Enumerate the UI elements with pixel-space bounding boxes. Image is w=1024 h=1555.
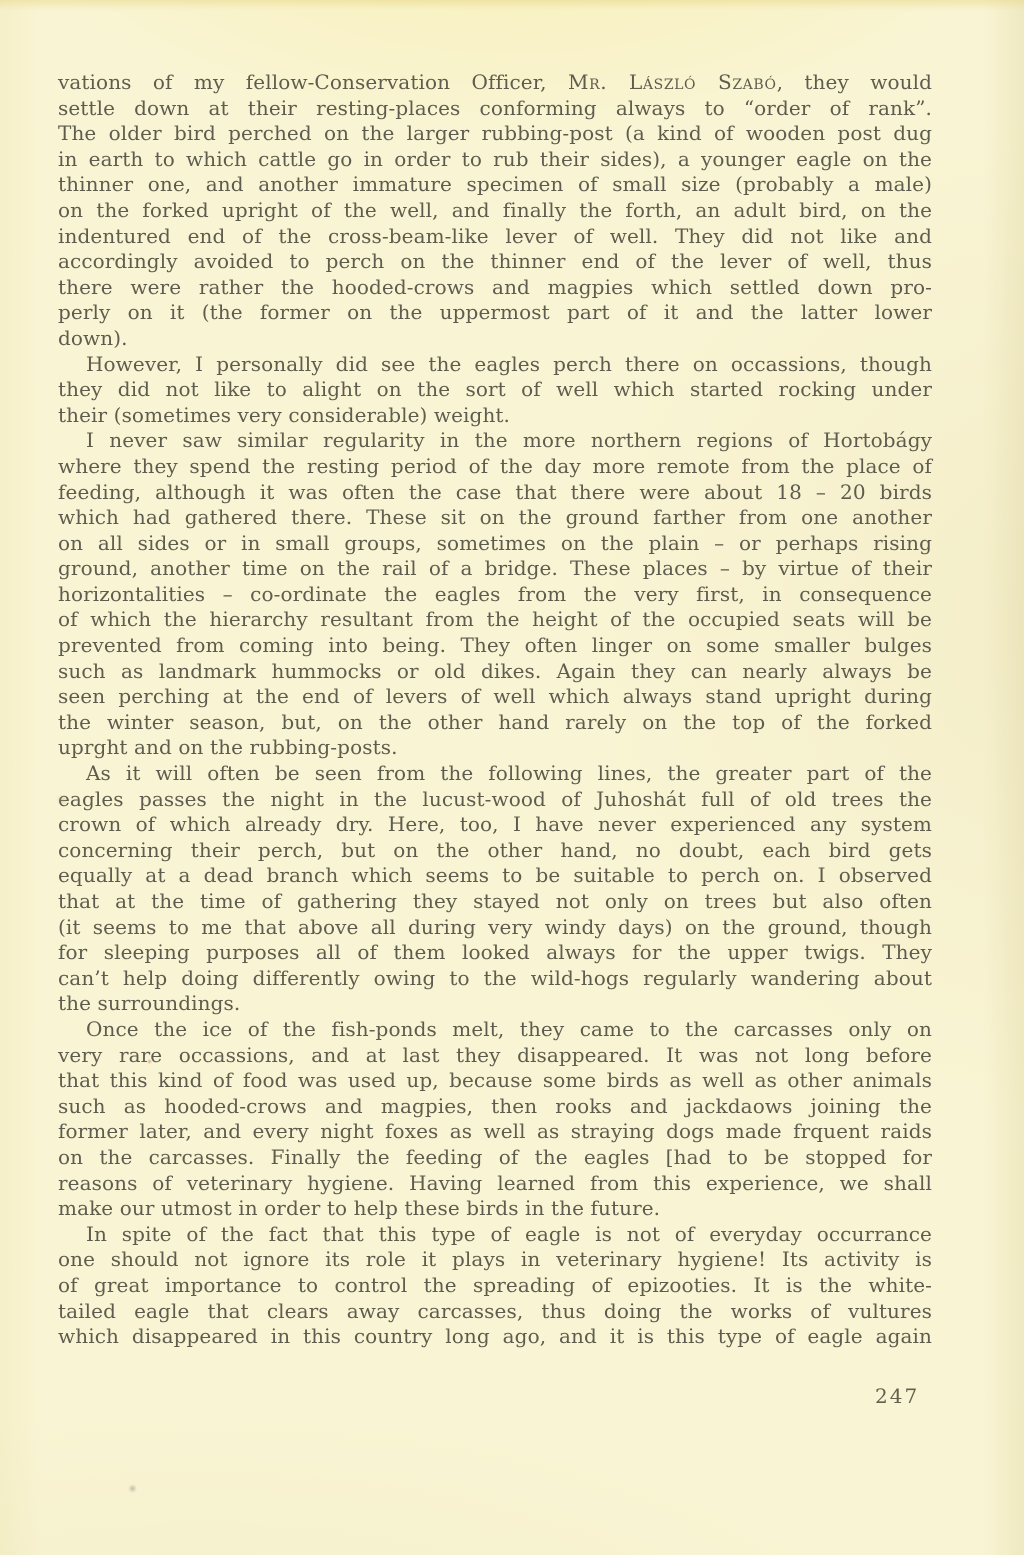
text-line: down). xyxy=(58,326,932,352)
text-segment: vations of my fellow-Conservation Office… xyxy=(58,70,568,94)
text-line: such as landmark hummocks or old dikes. … xyxy=(58,659,932,685)
text-line: on the forked upright of the well, and f… xyxy=(58,198,932,224)
text-line: settle down at their resting-places conf… xyxy=(58,96,932,122)
paragraph: In spite of the fact that this type of e… xyxy=(58,1222,932,1350)
text-line: they did not like to alight on the sort … xyxy=(58,377,932,403)
text-line: As it will often be seen from the follow… xyxy=(58,761,932,787)
text-line: former later, and every night foxes as w… xyxy=(58,1119,932,1145)
paragraph: However, I personally did see the eagles… xyxy=(58,352,932,429)
text-line: The older bird perched on the larger rub… xyxy=(58,121,932,147)
text-line: uprght and on the rubbing-posts. xyxy=(58,735,932,761)
text-line: tailed eagle that clears away carcasses,… xyxy=(58,1299,932,1325)
text-line: for sleeping purposes all of them looked… xyxy=(58,940,932,966)
text-line: such as hooded-crows and magpies, then r… xyxy=(58,1094,932,1120)
paragraph: vations of my fellow-Conservation Office… xyxy=(58,70,932,352)
text-line: eagles passes the night in the lucust-wo… xyxy=(58,787,932,813)
text-block: vations of my fellow-Conservation Office… xyxy=(58,70,932,1350)
text-line: However, I personally did see the eagles… xyxy=(58,352,932,378)
text-line: very rare occassions, and at last they d… xyxy=(58,1043,932,1069)
text-line: In spite of the fact that this type of e… xyxy=(58,1222,932,1248)
text-line: vations of my fellow-Conservation Office… xyxy=(58,70,932,96)
paper-speck xyxy=(147,1059,152,1064)
text-segment: , they would xyxy=(777,70,932,94)
text-line: of which the hierarchy resultant from th… xyxy=(58,607,932,633)
text-line: where they spend the resting period of t… xyxy=(58,454,932,480)
paper-speck xyxy=(128,1484,137,1493)
text-line: the winter season, but, on the other han… xyxy=(58,710,932,736)
text-line: the surroundings. xyxy=(58,991,932,1017)
book-page: vations of my fellow-Conservation Office… xyxy=(0,0,1024,1555)
text-line: one should not ignore its role it plays … xyxy=(58,1247,932,1273)
text-line: which had gathered there. These sit on t… xyxy=(58,505,932,531)
text-line: thinner one, and another immature specim… xyxy=(58,172,932,198)
text-line: concerning their perch, but on the other… xyxy=(58,838,932,864)
text-line: make our utmost in order to help these b… xyxy=(58,1196,932,1222)
text-line: crown of which already dry. Here, too, I… xyxy=(58,812,932,838)
text-line: (it seems to me that above all during ve… xyxy=(58,915,932,941)
text-line: seen perching at the end of levers of we… xyxy=(58,684,932,710)
text-line: on all sides or in small groups, sometim… xyxy=(58,531,932,557)
text-line: which disappeared in this country long a… xyxy=(58,1324,932,1350)
text-line: prevented from coming into being. They o… xyxy=(58,633,932,659)
text-line: in earth to which cattle go in order to … xyxy=(58,147,932,173)
text-line: feeding, although it was often the case … xyxy=(58,480,932,506)
text-line: can’t help doing differently owing to th… xyxy=(58,966,932,992)
text-line: horizontalities – co-ordinate the eagles… xyxy=(58,582,932,608)
person-name: Mr. László Szabó xyxy=(568,70,777,94)
text-line: indentured end of the cross-beam-like le… xyxy=(58,224,932,250)
text-line: ground, another time on the rail of a br… xyxy=(58,556,932,582)
text-line: equally at a dead branch which seems to … xyxy=(58,863,932,889)
text-line: I never saw similar regularity in the mo… xyxy=(58,428,932,454)
text-line: that this kind of food was used up, beca… xyxy=(58,1068,932,1094)
paragraph: Once the ice of the fish-ponds melt, the… xyxy=(58,1017,932,1222)
text-line: reasons of veterinary hygiene. Having le… xyxy=(58,1171,932,1197)
text-line: Once the ice of the fish-ponds melt, the… xyxy=(58,1017,932,1043)
paper-speck xyxy=(55,795,69,805)
text-line: perly on it (the former on the uppermost… xyxy=(58,300,932,326)
text-line: that at the time of gathering they staye… xyxy=(58,889,932,915)
paragraph: I never saw similar regularity in the mo… xyxy=(58,428,932,761)
text-line: of great importance to control the sprea… xyxy=(58,1273,932,1299)
text-line: on the carcasses. Finally the feeding of… xyxy=(58,1145,932,1171)
text-line: their (sometimes very considerable) weig… xyxy=(58,403,932,429)
page-number: 247 xyxy=(875,1384,935,1408)
scan-top-edge xyxy=(0,0,1024,11)
text-line: there were rather the hooded-crows and m… xyxy=(58,275,932,301)
paragraph: As it will often be seen from the follow… xyxy=(58,761,932,1017)
text-line: accordingly avoided to perch on the thin… xyxy=(58,249,932,275)
